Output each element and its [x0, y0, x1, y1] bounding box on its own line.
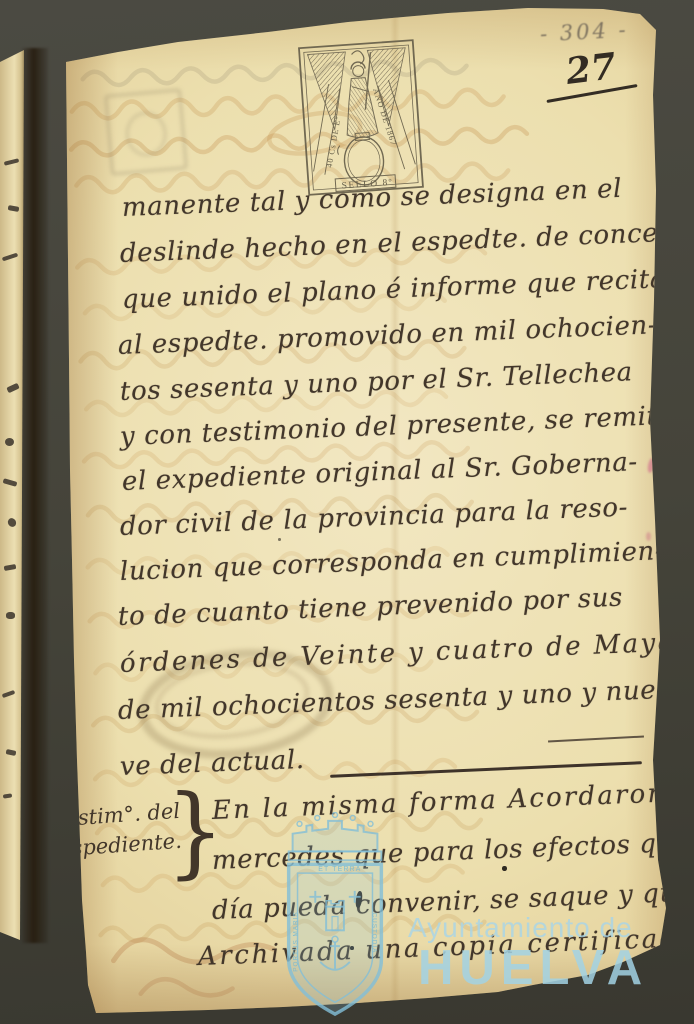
ink-stroke-mark: [4, 158, 20, 166]
ink-stroke-mark: [6, 383, 19, 394]
handwritten-line: to de cuanto tiene prevenido por sus: [117, 583, 623, 632]
handwritten-line: tos sesenta y uno por el Sr. Tellechea: [119, 357, 633, 407]
handwritten-line: lucion que corresponda en cumplimien-: [119, 536, 664, 587]
handwritten-line: En la misma forma Acordaron sus: [211, 776, 694, 826]
margin-note: testim°. del espediente.: [56, 796, 183, 864]
ink-stroke-mark: [8, 205, 20, 212]
stamp-curtain-left: [307, 52, 350, 131]
handwritten-line: mercedes que para los efectos que en su: [211, 824, 694, 875]
handwritten-line: Archivada una copia certificada: [197, 923, 694, 972]
closing-rule: [330, 761, 642, 778]
ink-stroke-mark: [3, 478, 18, 487]
ink-stroke-mark: [4, 564, 17, 571]
margin-note-line2: espediente.: [58, 826, 183, 865]
ink-stroke-mark: [5, 438, 14, 446]
edge-pigment-mark: [634, 992, 644, 999]
ink-stroke-mark: [3, 793, 12, 798]
ink-stroke-mark: [6, 612, 15, 619]
handwritten-line: dor civil de la provincia para la reso-: [119, 492, 628, 541]
handwritten-line: órdenes de Veinte y cuatro de Mayo: [119, 628, 676, 679]
binding-gutter-shadow: [22, 48, 48, 943]
handwritten-line: al espedte. promovido en mil ochocien-: [117, 310, 657, 361]
ink-stroke-mark: [2, 690, 16, 698]
ink-stroke-mark: [6, 517, 17, 529]
margin-brace: }: [166, 774, 225, 890]
flourish-rule: [548, 735, 644, 742]
revenue-stamp: 40 Cs DE Eº AÑO DE 1867 SELLO 8º: [295, 36, 428, 200]
edge-pigment-mark: [646, 532, 651, 541]
handwritten-line: que unido el plano é informe que recita: [121, 264, 666, 315]
handwritten-line: y con testimonio del presente, se remita: [119, 401, 674, 452]
handwritten-line: día pueda convenir, se saque y quede: [211, 876, 694, 926]
ink-blot: [278, 538, 281, 541]
handwritten-line: el expediente original al Sr. Goberna-: [121, 447, 638, 497]
stamp-bleedthrough: [105, 89, 188, 175]
edge-pigment-mark: [647, 458, 656, 474]
ink-blot: [502, 866, 507, 871]
svg-text:40 Cs DE Eº: 40 Cs DE Eº: [325, 115, 343, 168]
archive-folio-number-pencil: - 304 -: [539, 18, 629, 47]
manuscript-page: - 304 - 27: [28, 0, 680, 1024]
scanned-manuscript: - 304 - 27: [0, 0, 694, 1024]
handwritten-line: deslinde hecho en el espedte. de concesi…: [119, 216, 694, 269]
folio-number-ink: 27: [564, 45, 619, 93]
ink-blot: [350, 946, 354, 950]
ink-stroke-mark: [2, 253, 18, 262]
ink-stroke-mark: [6, 749, 17, 756]
